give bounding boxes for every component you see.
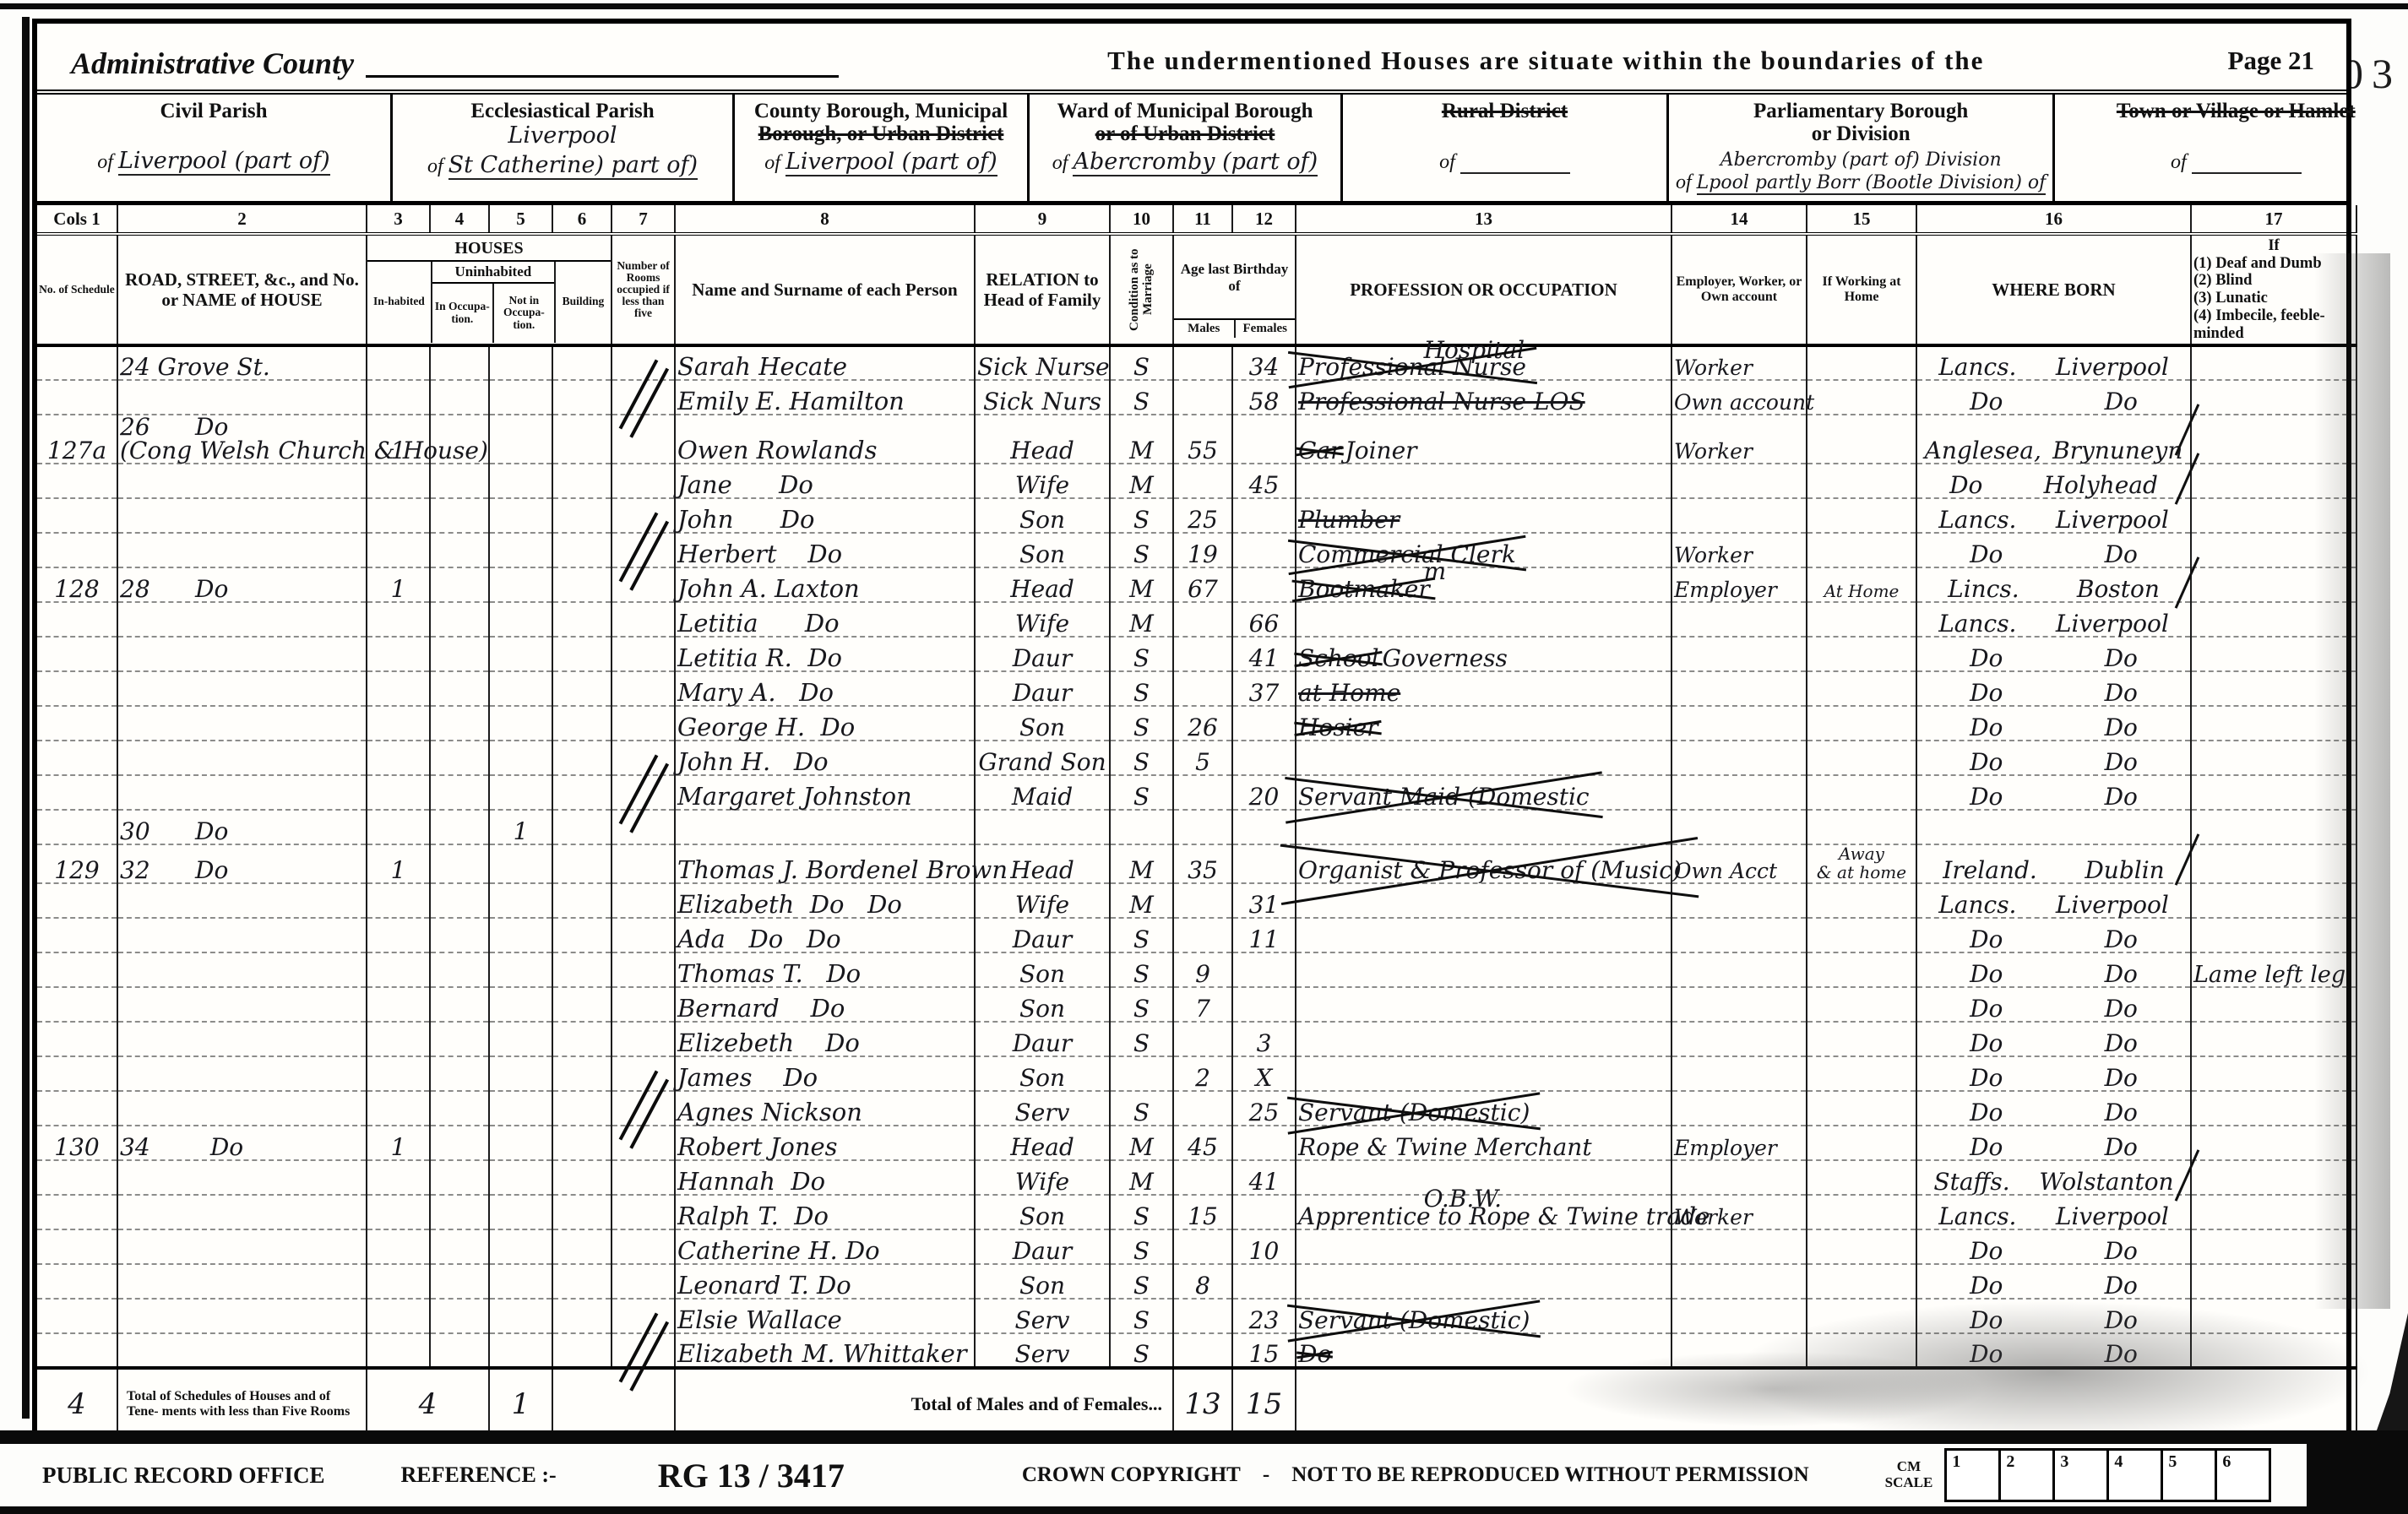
col-number: 13 [1296,205,1671,234]
cell-relation: Maid [975,775,1110,810]
cell-age-female [1232,844,1296,883]
table-row: Mary A. Do Daur S 37 at Home DoDo [37,671,2356,706]
cell-relation: Son [975,1264,1110,1299]
cell-building [552,464,612,498]
cell-born: DoHolyhead [1916,464,2191,498]
cell-condition: S [1110,345,1173,380]
cell-infirmity [2191,1333,2356,1368]
cell-employer [1671,1091,1807,1126]
cell-name: George H. Do [675,706,975,741]
cell-address: 24 Grove St. [117,345,367,380]
cell-name: Ralph T. Do [675,1195,975,1229]
cell-uninhabited-not-occupation [489,637,552,671]
cell-rooms [612,533,675,567]
cell-age-male [1173,345,1232,380]
scale-box: 4 [2109,1448,2163,1502]
cell-age-female [1232,533,1296,567]
cell-condition: S [1110,1333,1173,1368]
section-value: Lpool partly Borr (Bootle Division) of [1697,172,2047,195]
cell-born: DoDo [1916,1126,2191,1160]
cell-age-female [1232,952,1296,987]
table-row: Thomas T. Do Son S 9 DoDo Lame left leg [37,952,2356,987]
cell-name: Sarah Hecate [675,345,975,380]
cell-building [552,952,612,987]
cell-age-male [1173,1229,1232,1264]
section-parliamentary-borough: Parliamentary Borough or Division Abercr… [1669,95,2055,201]
cell-uninhabited-in-occupation [430,464,489,498]
cell-building [552,706,612,741]
cell-relation: Serv [975,1091,1110,1126]
cell-name: Letitia R. Do [675,637,975,671]
cell-uninhabited-in-occupation [430,918,489,952]
cell-schedule [37,498,117,533]
cell-age-female: 45 [1232,464,1296,498]
cell-rooms [612,380,675,415]
cell-infirmity [2191,1160,2356,1195]
cell-schedule [37,602,117,637]
table-row: 24 Grove St. Sarah Hecate Sick Nurse S 3… [37,345,2356,380]
cell-age-male [1173,602,1232,637]
section-rural-district: Rural District of [1343,95,1669,201]
cell-relation: Daur [975,637,1110,671]
cell-employer [1671,1264,1807,1299]
of-label: of [2171,151,2187,173]
header-in-occupation: In Occupa-tion. [432,284,494,343]
cell-rooms [612,987,675,1022]
cell-occupation: Hosier [1296,706,1671,741]
col-number: 15 [1807,205,1916,234]
cell-employer [1671,775,1807,810]
cell-uninhabited-in-occupation [430,1160,489,1195]
cell-at-home [1807,952,1916,987]
cell-address: 32 Do [117,844,367,883]
cell-uninhabited-not-occupation: 1 [489,810,552,844]
cell-occupation: O.B.W. Apprentice to Rope & Twine trade [1296,1195,1671,1229]
table-row: Elsie Wallace Serv S 23 Servant (Domesti… [37,1299,2356,1333]
cell-relation: Wife [975,602,1110,637]
cell-employer: Worker [1671,345,1807,380]
cell-uninhabited-not-occupation [489,1091,552,1126]
cell-building [552,775,612,810]
cell-born: Lancs.Liverpool [1916,345,2191,380]
cell-rooms [612,498,675,533]
cell-rooms [612,1195,675,1229]
cell-building [552,1299,612,1333]
cell-uninhabited-not-occupation [489,1195,552,1229]
cell-relation: Daur [975,918,1110,952]
table-row: Ralph T. Do Son S 15 O.B.W. Apprentice t… [37,1195,2356,1229]
cell-occupation: Plumber [1296,498,1671,533]
cell-relation: Son [975,706,1110,741]
cell-infirmity [2191,775,2356,810]
cell-uninhabited-in-occupation [430,415,489,464]
header-employer: Employer, Worker, or Own account [1674,274,1804,304]
scale-box: 6 [2217,1448,2271,1502]
scale-box: 3 [2055,1448,2109,1502]
cell-building [552,671,612,706]
table-row: Letitia Do Wife M 66 Lancs.Liverpool [37,602,2356,637]
cell-at-home [1807,741,1916,775]
cell-name: John A. Laxton [675,567,975,602]
cell-relation: Grand Son [975,741,1110,775]
cell-name: Bernard Do [675,987,975,1022]
cell-born: DoDo [1916,1229,2191,1264]
cell-born: Lincs.Boston [1916,567,2191,602]
cell-rooms [612,637,675,671]
cell-inhabited [367,1056,430,1091]
cell-uninhabited-in-occupation [430,1022,489,1056]
cell-inhabited [367,1091,430,1126]
cell-inhabited [367,533,430,567]
section-prevalue: Abercromby (part of) Division [1720,149,2002,171]
cell-relation: Son [975,1056,1110,1091]
cell-at-home [1807,1091,1916,1126]
cell-condition: S [1110,952,1173,987]
cell-employer: Worker [1671,1195,1807,1229]
scale-box: 5 [2163,1448,2217,1502]
cell-age-male [1173,1333,1232,1368]
cell-condition: S [1110,706,1173,741]
cell-inhabited [367,810,430,844]
cell-address [117,498,367,533]
cell-inhabited: 1 [367,567,430,602]
cell-occupation [1296,464,1671,498]
cell-building [552,741,612,775]
cell-infirmity [2191,987,2356,1022]
cell-relation: Daur [975,1022,1110,1056]
cell-uninhabited-in-occupation [430,1056,489,1091]
cell-name: Owen Rowlands [675,415,975,464]
cell-age-female: 3 [1232,1022,1296,1056]
cell-infirmity [2191,567,2356,602]
table-row: 30 Do 1 [37,810,2356,844]
cell-at-home: Away & at home [1807,844,1916,883]
cell-age-male [1173,918,1232,952]
cell-rooms [612,883,675,918]
cell-age-female [1232,1264,1296,1299]
cell-occupation [1296,810,1671,844]
cell-infirmity [2191,1126,2356,1160]
cell-age-male [1173,464,1232,498]
table-row: John H. Do Grand Son S 5 DoDo [37,741,2356,775]
cell-relation: Son [975,1195,1110,1229]
col-number: 2 [117,205,367,234]
footer-reference-label: REFERENCE :- [401,1462,557,1488]
cell-age-female [1232,415,1296,464]
cell-schedule [37,1229,117,1264]
cell-at-home [1807,380,1916,415]
cell-building [552,1091,612,1126]
header-road: ROAD, STREET, &c., and No. or NAME of HO… [120,269,364,310]
cell-infirmity [2191,415,2356,464]
cell-schedule [37,775,117,810]
cell-at-home [1807,345,1916,380]
cell-employer: Own Acct [1671,844,1807,883]
cell-age-female [1232,567,1296,602]
section-title-struck: Borough, or Urban District [742,122,1020,145]
cell-uninhabited-not-occupation [489,844,552,883]
cell-schedule [37,810,117,844]
cell-born: DoDo [1916,1333,2191,1368]
section-ecclesiastical-parish: Ecclesiastical Parish Liverpool ofSt Cat… [393,95,735,201]
cell-age-female [1232,741,1296,775]
cell-relation: Head [975,415,1110,464]
cell-occupation: School Governess [1296,637,1671,671]
cell-address [117,1091,367,1126]
cell-occupation [1296,1056,1671,1091]
header-houses: HOUSES [367,237,611,262]
cell-employer [1671,883,1807,918]
cell-age-female [1232,706,1296,741]
cell-age-male: 67 [1173,567,1232,602]
cell-infirmity [2191,345,2356,380]
cell-name [675,810,975,844]
table-row: Leonard T. Do Son S 8 DoDo [37,1264,2356,1299]
cell-employer [1671,1022,1807,1056]
cell-at-home [1807,810,1916,844]
cell-building [552,844,612,883]
cell-inhabited [367,671,430,706]
cell-age-male: 5 [1173,741,1232,775]
section-title-struck: or of Urban District [1036,122,1334,145]
cell-address [117,1022,367,1056]
cell-infirmity [2191,741,2356,775]
cell-age-male: 19 [1173,533,1232,567]
cell-born: DoDo [1916,775,2191,810]
cell-age-female: 37 [1232,671,1296,706]
cell-born: DoDo [1916,706,2191,741]
cell-at-home [1807,464,1916,498]
cell-born: Staffs.Wolstanton [1916,1160,2191,1195]
cell-schedule [37,533,117,567]
header-building: Building [556,262,611,343]
cell-building [552,1264,612,1299]
total-houses: 4 [419,1387,438,1421]
cell-inhabited [367,1160,430,1195]
cell-uninhabited-in-occupation [430,844,489,883]
cell-infirmity [2191,1056,2356,1091]
total-uninhabited: 1 [512,1387,530,1421]
cell-uninhabited-in-occupation [430,987,489,1022]
header-infirmity-if: If [2193,237,2354,255]
cell-building [552,1126,612,1160]
cell-age-male: 15 [1173,1195,1232,1229]
cell-uninhabited-in-occupation [430,810,489,844]
section-title: Parliamentary Borough [1676,100,2046,122]
cell-at-home [1807,1160,1916,1195]
cell-uninhabited-not-occupation [489,1299,552,1333]
page-number: Page 21 [2228,46,2323,81]
cell-name: Thomas T. Do [675,952,975,987]
cell-address [117,1264,367,1299]
cell-occupation: Commercial Clerk [1296,533,1671,567]
cell-building [552,1229,612,1264]
cell-uninhabited-not-occupation [489,883,552,918]
cell-occupation [1296,918,1671,952]
table-row: Margaret Johnston Maid S 20 Servant Maid… [37,775,2356,810]
cell-at-home [1807,1299,1916,1333]
table-row: John Do Son S 25 Plumber Lancs.Liverpool [37,498,2356,533]
cell-inhabited [367,1195,430,1229]
header-infirmity: (1) Deaf and Dumb (2) Blind (3) Lunatic … [2193,255,2354,343]
header-occupation: PROFESSION OR OCCUPATION [1298,279,1669,300]
cell-age-male: 55 [1173,415,1232,464]
cell-building [552,883,612,918]
cell-infirmity [2191,1264,2356,1299]
cell-infirmity [2191,706,2356,741]
table-row: James Do Son 2 X DoDo [37,1056,2356,1091]
col-number: 12 [1232,205,1296,234]
cell-name: Robert Jones [675,1126,975,1160]
cell-uninhabited-in-occupation [430,952,489,987]
cell-age-female: 41 [1232,1160,1296,1195]
cell-uninhabited-not-occupation [489,1056,552,1091]
cell-occupation: Car Joiner [1296,415,1671,464]
table-row: Herbert Do Son S 19 Commercial Clerk Wor… [37,533,2356,567]
cell-relation: Serv [975,1299,1110,1333]
cell-at-home [1807,1056,1916,1091]
table-row: Elizabeth Do Do Wife M 31 Lancs.Liverpoo… [37,883,2356,918]
cell-age-female [1232,1195,1296,1229]
header-inhabited: In-habited [367,262,432,343]
cell-born: DoDo [1916,1299,2191,1333]
cell-uninhabited-not-occupation [489,775,552,810]
cell-building [552,602,612,637]
of-label: of [427,155,443,177]
cell-relation: Sick Nurse [975,345,1110,380]
cell-employer: Worker [1671,415,1807,464]
cell-address [117,380,367,415]
cell-name: Ada Do Do [675,918,975,952]
cell-schedule: 128 [37,567,117,602]
cell-uninhabited-not-occupation [489,415,552,464]
cell-building [552,380,612,415]
cell-infirmity [2191,671,2356,706]
cell-uninhabited-not-occupation [489,918,552,952]
table-row: 128 28 Do 1 John A. Laxton Head M 67 m B… [37,567,2356,602]
cell-condition: S [1110,918,1173,952]
cell-born: DoDo [1916,380,2191,415]
column-header-row: No. of Schedule ROAD, STREET, &c., and N… [37,234,2356,345]
cell-inhabited [367,1229,430,1264]
cell-relation: Wife [975,1160,1110,1195]
cell-schedule [37,883,117,918]
cell-occupation [1296,1022,1671,1056]
cell-condition: S [1110,498,1173,533]
cell-relation: Son [975,498,1110,533]
section-value: St Catherine) part of) [448,152,698,180]
cell-uninhabited-in-occupation [430,1195,489,1229]
cell-relation: Son [975,952,1110,987]
cell-building [552,1333,612,1368]
cell-age-male [1173,1160,1232,1195]
cell-rooms [612,671,675,706]
col-number: 10 [1110,205,1173,234]
footer-bar: PUBLIC RECORD OFFICE REFERENCE :- RG 13 … [0,1444,2408,1514]
cell-rooms [612,464,675,498]
cell-name: Emily E. Hamilton [675,380,975,415]
cell-uninhabited-in-occupation [430,345,489,380]
col-number: 8 [675,205,975,234]
cell-employer [1671,741,1807,775]
total-schedules: 4 [68,1387,86,1421]
cell-building [552,918,612,952]
col-number: 5 [489,205,552,234]
cell-at-home [1807,498,1916,533]
cell-inhabited [367,918,430,952]
table-row: Letitia R. Do Daur S 41 School Governess… [37,637,2356,671]
cell-occupation: Rope & Twine Merchant [1296,1126,1671,1160]
cell-at-home [1807,671,1916,706]
cell-occupation [1296,602,1671,637]
cell-uninhabited-in-occupation [430,1333,489,1368]
cell-at-home [1807,918,1916,952]
cell-name: Elizabeth Do Do [675,883,975,918]
cell-address: 30 Do [117,810,367,844]
cell-relation: Sick Nurs [975,380,1110,415]
cell-born: DoDo [1916,987,2191,1022]
cell-infirmity [2191,464,2356,498]
cell-uninhabited-not-occupation [489,464,552,498]
cell-uninhabited-not-occupation [489,567,552,602]
scale-box: 1 [1947,1448,2001,1502]
cell-born: Lancs.Liverpool [1916,602,2191,637]
cell-age-male: 35 [1173,844,1232,883]
table-row: 127a 26 Do(Cong Welsh Church & House) 1 … [37,415,2356,464]
cell-age-female: 23 [1232,1299,1296,1333]
cell-uninhabited-in-occupation [430,775,489,810]
cell-age-female: 31 [1232,883,1296,918]
cell-inhabited [367,775,430,810]
cell-inhabited [367,706,430,741]
cell-relation: Serv [975,1333,1110,1368]
header-age: Age last Birthday of [1174,242,1295,296]
cell-at-home [1807,1195,1916,1229]
cell-rooms [612,918,675,952]
cell-age-male [1173,380,1232,415]
table-row: 130 34 Do 1 Robert Jones Head M 45 Rope … [37,1126,2356,1160]
cell-uninhabited-in-occupation [430,671,489,706]
cell-condition: S [1110,1229,1173,1264]
cell-uninhabited-not-occupation [489,1264,552,1299]
cell-inhabited [367,952,430,987]
cell-name: Elizabeth M. Whittaker [675,1333,975,1368]
cell-schedule [37,1195,117,1229]
header-males: Males [1174,320,1236,338]
header-schedule: No. of Schedule [39,284,115,296]
header-born: WHERE BORN [1919,279,2188,300]
cell-inhabited [367,1299,430,1333]
cell-address [117,1195,367,1229]
cell-name: John Do [675,498,975,533]
cell-relation: Wife [975,464,1110,498]
section-title: County Borough, Municipal [742,100,1020,122]
cell-age-female: 25 [1232,1091,1296,1126]
cell-uninhabited-not-occupation [489,533,552,567]
cell-employer: Employer [1671,1126,1807,1160]
cell-infirmity [2191,380,2356,415]
cell-age-female: 58 [1232,380,1296,415]
cell-age-male: 26 [1173,706,1232,741]
cell-address: 28 Do [117,567,367,602]
cell-name: Catherine H. Do [675,1229,975,1264]
cell-name: Thomas J. Bordenel Brown [675,844,975,883]
cell-uninhabited-in-occupation [430,883,489,918]
cell-born: DoDo [1916,952,2191,987]
section-ward: Ward of Municipal Borough or of Urban Di… [1030,95,1343,201]
cell-relation: Daur [975,1229,1110,1264]
cell-age-female: 41 [1232,637,1296,671]
